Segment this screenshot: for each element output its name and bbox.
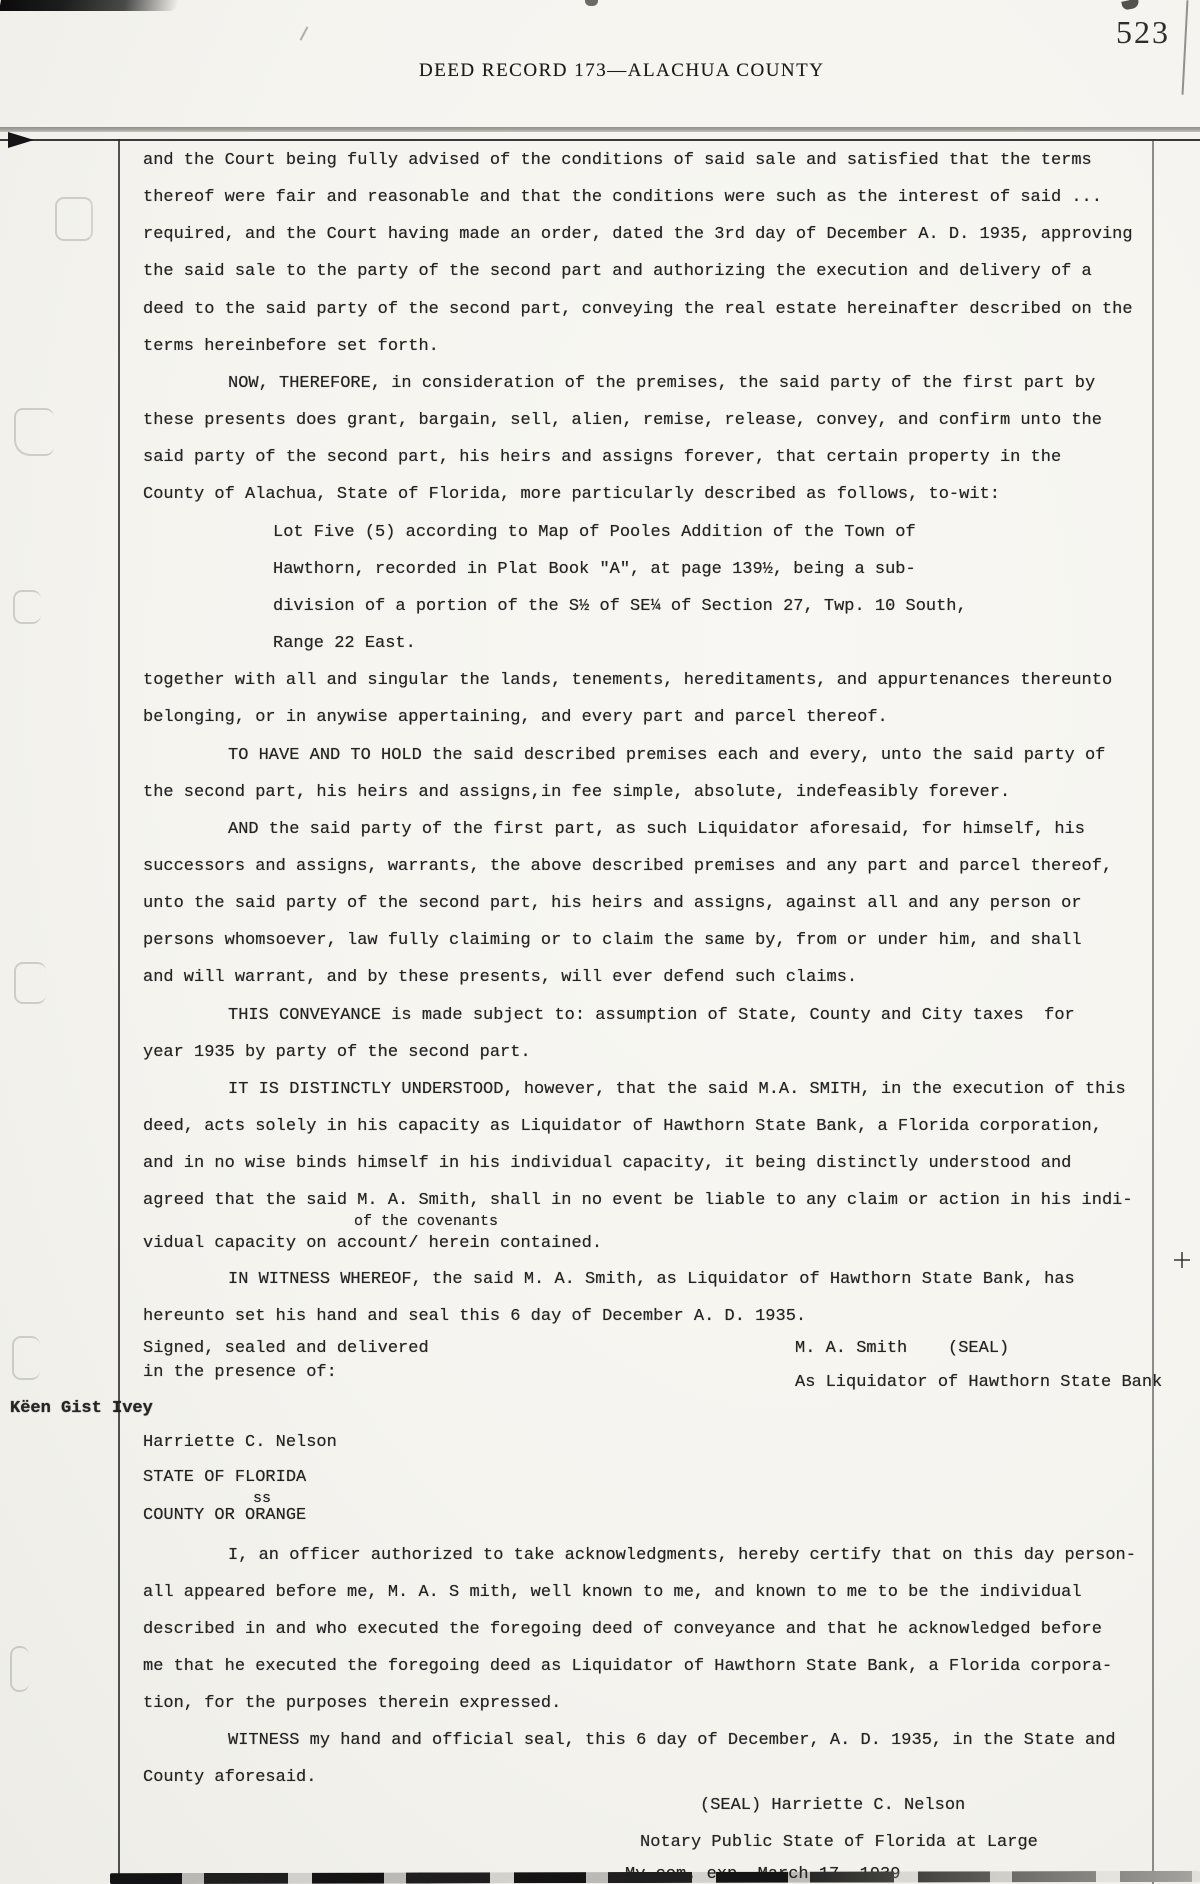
right-margin-rule: [1152, 139, 1154, 1884]
header-rule-arrow-mark: [8, 132, 34, 148]
document-line: hereunto set his hand and seal this 6 da…: [143, 1306, 806, 1327]
document-line: together with all and singular the lands…: [143, 670, 1112, 691]
document-line: Hawthorn, recorded in Plat Book "A", at …: [273, 559, 916, 580]
document-line: the said sale to the party of the second…: [143, 261, 1092, 282]
header-rule-thin: [0, 139, 1200, 141]
document-line: COUNTY OR ORANGE: [143, 1505, 306, 1526]
margin-pencil-mark: [12, 1336, 40, 1380]
deed-record-page: 523 DEED RECORD 173—ALACHUA COUNTY and t…: [0, 0, 1200, 1884]
page-header-title: DEED RECORD 173—ALACHUA COUNTY: [419, 60, 824, 82]
document-line: WITNESS my hand and official seal, this …: [228, 1730, 1116, 1751]
document-line: described in and who executed the forego…: [143, 1619, 1102, 1640]
document-line: persons whomsoever, law fully claiming o…: [143, 930, 1082, 951]
scan-artifact-bottom-band: [110, 1871, 1200, 1884]
document-line: the second part, his heirs and assigns,i…: [143, 782, 1010, 803]
document-line: successors and assigns, warrants, the ab…: [143, 856, 1112, 877]
document-line: (SEAL) Harriette C. Nelson: [700, 1795, 965, 1816]
document-line: Range 22 East.: [273, 633, 416, 654]
scan-mark-top-center: [585, 0, 598, 6]
document-line: deed to the said party of the second par…: [143, 299, 1133, 320]
document-line: As Liquidator of Hawthorn State Bank: [795, 1372, 1162, 1393]
document-line: M. A. Smith (SEAL): [795, 1338, 1009, 1359]
document-line: me that he executed the foregoing deed a…: [143, 1656, 1112, 1677]
document-line: deed, acts solely in his capacity as Liq…: [143, 1116, 1102, 1137]
margin-plus-mark: [1174, 1252, 1190, 1268]
margin-pencil-mark: [14, 962, 46, 1004]
document-line: Notary Public State of Florida at Large: [640, 1832, 1038, 1853]
scan-mark-top-right: [1121, 0, 1139, 11]
document-line: STATE OF FLORIDA: [143, 1467, 306, 1488]
document-line: these presents does grant, bargain, sell…: [143, 410, 1102, 431]
document-line: in the presence of:: [143, 1362, 337, 1383]
document-line: Këen Gist Ivey: [10, 1398, 153, 1419]
scan-smudge-top-left: [0, 0, 179, 11]
document-line: all appeared before me, M. A. S mith, we…: [143, 1582, 1082, 1603]
document-line: and will warrant, and by these presents,…: [143, 967, 857, 988]
document-line: year 1935 by party of the second part.: [143, 1042, 531, 1063]
margin-pencil-mark: [14, 408, 54, 456]
document-line: IN WITNESS WHEREOF, the said M. A. Smith…: [228, 1269, 1075, 1290]
page-edge-line: [1182, 0, 1189, 95]
document-line: and the Court being fully advised of the…: [143, 150, 1092, 171]
document-line: IT IS DISTINCTLY UNDERSTOOD, however, th…: [228, 1079, 1126, 1100]
document-line: and in no wise binds himself in his indi…: [143, 1153, 1071, 1174]
left-margin-rule: [118, 139, 120, 1884]
document-line: I, an officer authorized to take acknowl…: [228, 1545, 1136, 1566]
page-number: 523: [1116, 14, 1170, 51]
document-line: belonging, or in anywise appertaining, a…: [143, 707, 888, 728]
document-line: THIS CONVEYANCE is made subject to: assu…: [228, 1005, 1075, 1026]
document-line: County aforesaid.: [143, 1767, 316, 1788]
document-line: NOW, THEREFORE, in consideration of the …: [228, 373, 1095, 394]
document-line: Signed, sealed and delivered: [143, 1338, 429, 1359]
document-line: terms hereinbefore set forth.: [143, 336, 439, 357]
document-line: required, and the Court having made an o…: [143, 224, 1133, 245]
document-line: of the covenants: [354, 1213, 498, 1230]
margin-pencil-mark: [55, 197, 93, 241]
document-line: said party of the second part, his heirs…: [143, 447, 1061, 468]
document-line: Harriette C. Nelson: [143, 1432, 337, 1453]
margin-pencil-mark: [13, 590, 41, 624]
document-line: agreed that the said M. A. Smith, shall …: [143, 1190, 1133, 1211]
document-line: AND the said party of the first part, as…: [228, 819, 1085, 840]
document-line: division of a portion of the S½ of SE¼ o…: [273, 596, 967, 617]
document-line: tion, for the purposes therein expressed…: [143, 1693, 561, 1714]
document-line: Lot Five (5) according to Map of Pooles …: [273, 522, 916, 543]
document-line: TO HAVE AND TO HOLD the said described p…: [228, 745, 1105, 766]
document-line: thereof were fair and reasonable and tha…: [143, 187, 1102, 208]
scan-slash-mark: [300, 26, 309, 40]
document-line: vidual capacity on account/ herein conta…: [143, 1233, 602, 1254]
header-rule-thick: [0, 127, 1200, 132]
document-line: unto the said party of the second part, …: [143, 893, 1082, 914]
margin-pencil-mark: [10, 1646, 29, 1692]
document-line: County of Alachua, State of Florida, mor…: [143, 484, 1000, 505]
